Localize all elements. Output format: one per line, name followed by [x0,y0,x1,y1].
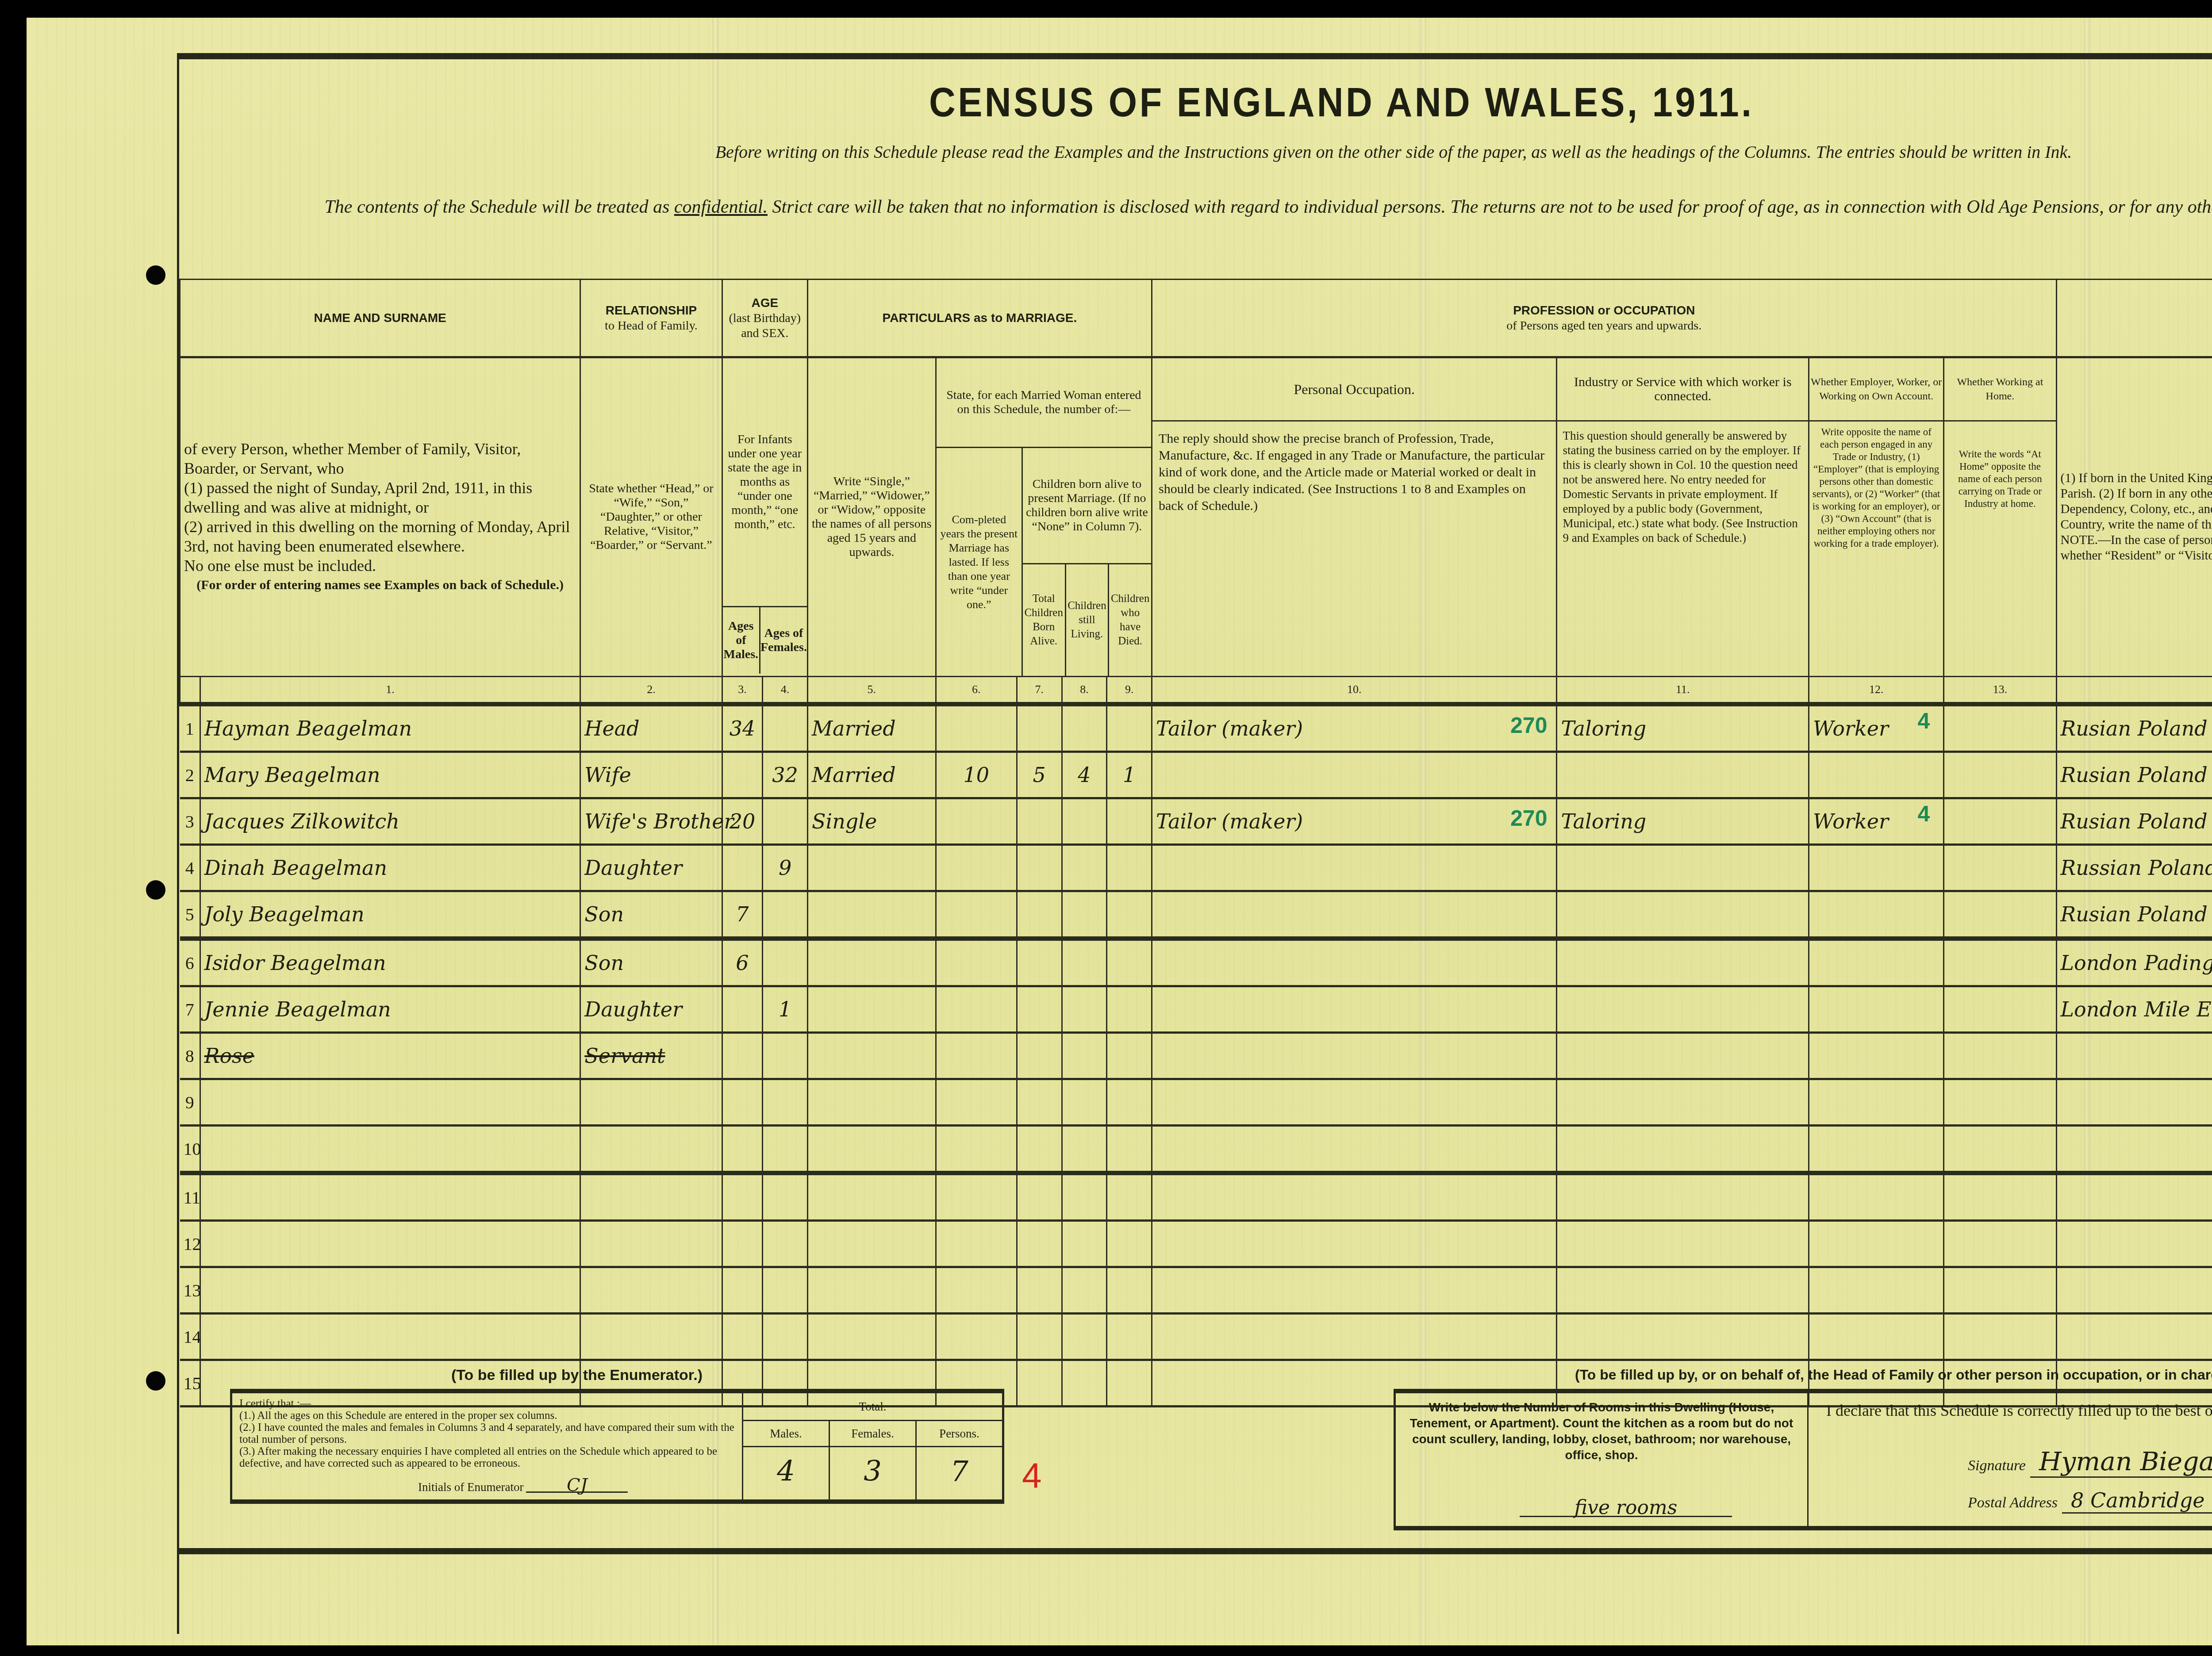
header-age: AGE(last Birthday) and SEX. [722,280,807,357]
children-born-cell[interactable] [1017,1126,1062,1173]
at-home-cell[interactable] [1944,1126,2056,1173]
marital-condition-cell[interactable]: Married [807,704,936,752]
name-cell[interactable]: Dinah Beagelman [200,845,580,891]
children-died-cell[interactable] [1107,891,1152,939]
employment-status-cell[interactable] [1809,1126,1944,1173]
birthplace-cell[interactable] [2056,1033,2212,1079]
marital-condition-cell[interactable] [807,1173,936,1221]
name-cell[interactable]: Joly Beagelman [200,891,580,939]
enumerator-certification: I certify that :— (1.) All the ages on t… [232,1393,743,1499]
at-home-cell[interactable] [1944,1221,2056,1267]
row-number-text: 10 [184,1139,201,1159]
industry-cell[interactable] [1557,1126,1809,1173]
age-female-cell[interactable]: 9 [763,845,808,891]
marital-condition-cell[interactable] [807,1033,936,1079]
children-born-cell[interactable] [1017,1079,1062,1126]
employment-status-cell[interactable] [1809,1033,1944,1079]
birthplace-cell[interactable]: Rusian Poland (Resident)801 [2056,798,2212,845]
desc-industry-title: Industry or Service with which worker is… [1557,358,1808,422]
row-number: 5 [180,891,200,939]
row-number: 7 [180,986,200,1033]
name-cell[interactable]: Jennie Beagelman [200,986,580,1033]
relationship-cell[interactable]: Wife [580,752,722,798]
occupation-cell[interactable] [1152,1126,1557,1173]
children-died-cell[interactable] [1107,1173,1152,1221]
desc-age-females: Ages of Females. [760,607,807,674]
colnum-8: 8. [1062,677,1107,705]
initials-value[interactable]: CJ [526,1480,628,1493]
table-row: 5Joly BeagelmanSon7Rusian Poland (Reside… [180,891,2212,939]
age-male-cell[interactable] [722,845,763,891]
industry-cell[interactable] [1557,752,1809,798]
row-number: 3 [180,798,200,845]
occupation-cell[interactable] [1152,1033,1557,1079]
enumerator-box: I certify that :— (1.) All the ages on t… [230,1389,1004,1504]
at-home-cell[interactable] [1944,891,2056,939]
children-died-cell[interactable] [1107,986,1152,1033]
children-living-cell[interactable] [1062,704,1107,752]
table-row: 2Mary BeagelmanWife32Married10541Rusian … [180,752,2212,798]
header-age-title: AGE [751,296,778,310]
row-number-text: 11 [184,1188,201,1207]
totals-males: Males.4 [743,1421,830,1499]
age-male-cell[interactable] [722,1033,763,1079]
age-female-cell[interactable] [763,1221,808,1267]
employment-status-cell[interactable] [1809,1079,1944,1126]
children-living-cell[interactable] [1062,1360,1107,1407]
certify-item-1: (1.) All the ages on this Schedule are e… [239,1410,735,1422]
occupation-cell[interactable]: Tailor (maker)270 [1152,704,1557,752]
employment-status-cell[interactable] [1809,891,1944,939]
employment-status-cell[interactable]: Worker4 [1809,798,1944,845]
age-female-cell[interactable] [763,704,808,752]
persons-value[interactable]: 7 [917,1447,1002,1499]
occupation-cell[interactable] [1152,939,1557,986]
name-cell[interactable]: Jacques Zilkowitch [200,798,580,845]
punch-hole [146,1371,165,1391]
children-born-cell[interactable] [1017,1033,1062,1079]
relationship-cell[interactable]: Daughter [580,845,722,891]
birthplace-cell[interactable]: London Padington019 [2056,939,2212,986]
desc-name-1: of every Person, whether Member of Famil… [184,439,576,478]
children-born-cell[interactable] [1017,1173,1062,1221]
birthplace-cell-text: Rusian Poland (Resident) [2061,902,2212,926]
age-male-cell[interactable]: 7 [722,891,763,939]
census-rows: 1Hayman BeagelmanHead34MarriedTailor (ma… [180,704,2212,1407]
age-male-cell-text: 20 [730,809,756,833]
confidentiality-notice: The contents of the Schedule will be tre… [204,195,2212,219]
males-value[interactable]: 4 [743,1447,829,1499]
birthplace-cell-text: London Mile End [2061,997,2212,1021]
rooms-value[interactable]: five rooms [1520,1500,1732,1517]
row-number: 8 [180,1033,200,1079]
row-number-text: 5 [185,905,194,924]
children-living-cell[interactable] [1062,798,1107,845]
table-row: 10 [180,1126,2212,1173]
occupation-cell[interactable] [1152,1267,1557,1314]
children-died-cell[interactable] [1107,1079,1152,1126]
occupation-cell[interactable]: Tailor (maker)270 [1152,798,1557,845]
totals-females: Females.3 [830,1421,917,1499]
children-died-cell[interactable] [1107,1360,1152,1407]
age-female-cell[interactable] [763,1314,808,1360]
name-cell[interactable]: Isidor Beagelman [200,939,580,986]
at-home-cell[interactable] [1944,1173,2056,1221]
initials-label: Initials of Enumerator [418,1480,523,1494]
name-cell[interactable] [200,1314,580,1360]
enumerator-initials: Initials of EnumeratorCJ [418,1480,628,1493]
header-marriage: PARTICULARS as to MARRIAGE. [807,280,1152,357]
children-died-cell[interactable] [1107,1221,1152,1267]
children-living-cell[interactable] [1062,1033,1107,1079]
children-born-cell[interactable] [1017,1314,1062,1360]
years-married-cell[interactable] [936,1221,1017,1267]
relationship-cell[interactable] [580,1173,722,1221]
certify-label: I certify that :— [239,1398,735,1410]
desc-home-title: Whether Working at Home. [1944,358,2055,422]
header-relationship-sub: to Head of Family. [605,319,698,333]
marital-condition-cell[interactable] [807,1079,936,1126]
occupation-cell[interactable] [1152,891,1557,939]
desc-birthplace: (1) If born in the United Kingdom, write… [2056,357,2212,677]
birthplace-cell[interactable]: Russian Poland (Resident)801 [2056,845,2212,891]
birthplace-cell[interactable]: Rusian Poland (Resident)801 [2056,704,2212,752]
children-born-cell[interactable] [1017,1360,1062,1407]
red-annotation: 4 [1022,1455,1042,1496]
address-value[interactable]: 8 Cambridge Gdns Nth Kensington [2062,1488,2212,1514]
years-married-cell[interactable] [936,1314,1017,1360]
marital-condition-cell[interactable] [807,986,936,1033]
birthplace-cell[interactable] [2056,1221,2212,1267]
children-died-cell[interactable] [1107,1314,1152,1360]
at-home-cell[interactable] [1944,1079,2056,1126]
industry-cell-text: Taloring [1561,809,1646,833]
relationship-cell[interactable]: Head [580,704,722,752]
desc-industry-body: This question should generally be answer… [1557,422,1808,552]
children-born-cell[interactable] [1017,939,1062,986]
marital-condition-cell[interactable] [807,1314,936,1360]
name-cell[interactable] [200,1173,580,1221]
name-cell-text: Mary Beagelman [204,763,380,787]
birthplace-cell[interactable]: London Mile End025 [2056,986,2212,1033]
children-living-cell[interactable] [1062,845,1107,891]
occupation-cell[interactable] [1152,986,1557,1033]
children-born-cell[interactable]: 5 [1017,752,1062,798]
children-died-cell[interactable] [1107,1267,1152,1314]
children-living-cell[interactable] [1062,891,1107,939]
desc-home: Whether Working at Home. Write the words… [1944,357,2056,677]
name-cell-text: Jacques Zilkowitch [204,809,399,833]
totals-heading: Total. [743,1393,1002,1421]
females-value[interactable]: 3 [830,1447,915,1499]
birthplace-cell[interactable] [2056,1267,2212,1314]
children-born-cell[interactable] [1017,1221,1062,1267]
column-numbers: 1. 2. 3. 4. 5. 6. 7. 8. 9. 10. 11. 12. 1… [180,677,2212,705]
row-number-text: 4 [185,858,194,878]
header-name-title: NAME AND SURNAME [314,311,446,325]
name-cell[interactable] [200,1267,580,1314]
industry-cell[interactable]: Taloring [1557,704,1809,752]
row-number-text: 1 [185,719,194,739]
at-home-cell[interactable] [1944,845,2056,891]
years-married-cell[interactable]: 10 [936,752,1017,798]
occupation-cell[interactable] [1152,752,1557,798]
children-born-cell-text: 5 [1033,763,1046,787]
children-living-cell[interactable] [1062,1079,1107,1126]
age-female-cell[interactable]: 32 [763,752,808,798]
industry-cell-text: Taloring [1561,717,1646,740]
birthplace-cell-text: Rusian Poland (Resident) [2061,809,2212,833]
industry-cell[interactable] [1557,1173,1809,1221]
declaration-box: I declare that this Schedule is correctl… [1809,1393,2212,1526]
row-number: 1 [180,704,200,752]
relationship-cell[interactable] [580,1267,722,1314]
section-headers: NAME AND SURNAME RELATIONSHIPto Head of … [180,280,2212,357]
age-male-cell[interactable] [722,752,763,798]
address-label: Postal Address [1968,1495,2058,1511]
industry-cell[interactable] [1557,1314,1809,1360]
years-married-cell[interactable] [936,1033,1017,1079]
years-married-cell[interactable] [936,891,1017,939]
age-female-cell[interactable] [763,891,808,939]
row-number-text: 9 [185,1092,194,1112]
children-born-cell[interactable] [1017,798,1062,845]
employment-status-cell-text: Worker [1813,717,1889,740]
colnum-10: 10. [1152,677,1557,705]
age-female-cell[interactable] [763,1126,808,1173]
age-female-cell[interactable] [763,1079,808,1126]
children-born-cell[interactable] [1017,704,1062,752]
children-died-cell[interactable] [1107,1033,1152,1079]
employment-status-cell[interactable] [1809,939,1944,986]
at-home-cell[interactable] [1944,986,2056,1033]
industry-cell[interactable] [1557,1033,1809,1079]
birthplace-cell[interactable]: Rusian Poland (Resider)801 [2056,752,2212,798]
occupation-cell[interactable] [1152,1079,1557,1126]
relationship-cell[interactable]: Son [580,891,722,939]
years-married-cell[interactable] [936,1079,1017,1126]
children-born-cell[interactable] [1017,986,1062,1033]
relationship-cell-text: Servant [584,1044,665,1068]
relationship-cell[interactable]: Wife's Brother [580,798,722,845]
relationship-cell[interactable]: Daughter [580,986,722,1033]
at-home-cell[interactable] [1944,798,2056,845]
name-cell[interactable] [200,1126,580,1173]
desc-name-3: (2) arrived in this dwelling on the morn… [184,517,576,556]
desc-marriage-details: State, for each Married Woman entered on… [936,357,1152,677]
occupation-cell[interactable] [1152,845,1557,891]
relationship-cell[interactable] [580,1079,722,1126]
children-born-cell[interactable] [1017,845,1062,891]
relationship-cell[interactable]: Son [580,939,722,986]
age-male-cell[interactable]: 34 [722,704,763,752]
years-married-cell[interactable] [936,845,1017,891]
relationship-cell[interactable] [580,1314,722,1360]
colnum-11: 11. [1557,677,1809,705]
marital-condition-cell[interactable] [807,1126,936,1173]
marital-condition-cell[interactable] [807,939,936,986]
name-cell[interactable] [200,1079,580,1126]
desc-personal-body: The reply should show the precise branch… [1152,422,1556,523]
row-number-text: 12 [184,1234,201,1254]
age-female-cell[interactable] [763,798,808,845]
desc-personal-occupation: Personal Occupation. The reply should sh… [1152,357,1557,677]
header-occupation-sub: of Persons aged ten years and upwards. [1506,319,1701,333]
children-living-cell[interactable] [1062,1126,1107,1173]
age-male-cell[interactable] [722,1314,763,1360]
relationship-cell[interactable]: Servant [580,1033,722,1079]
table-row: 3Jacques ZilkowitchWife's Brother20Singl… [180,798,2212,845]
children-died-cell[interactable] [1107,939,1152,986]
age-male-cell[interactable] [722,1126,763,1173]
industry-cell[interactable] [1557,891,1809,939]
years-married-cell[interactable] [936,798,1017,845]
name-cell-text: Joly Beagelman [204,902,365,926]
children-died-cell[interactable] [1107,704,1152,752]
name-cell[interactable]: Mary Beagelman [200,752,580,798]
employment-status-cell[interactable] [1809,752,1944,798]
at-home-cell[interactable] [1944,1314,2056,1360]
children-living-cell[interactable] [1062,1173,1107,1221]
occupation-cell[interactable] [1152,1314,1557,1360]
birthplace-cell[interactable] [2056,1173,2212,1221]
table-row: 6Isidor BeagelmanSon6London Padington019 [180,939,2212,986]
years-married-cell[interactable] [936,1126,1017,1173]
marital-condition-cell-text: Married [812,717,896,740]
marital-condition-cell[interactable] [807,845,936,891]
children-born-cell[interactable] [1017,1267,1062,1314]
name-cell[interactable] [200,1221,580,1267]
marital-condition-cell[interactable]: Single [807,798,936,845]
head-section-box: Write below the Number of Rooms in this … [1394,1389,2212,1530]
age-female-cell[interactable] [763,1033,808,1079]
employment-status-cell[interactable] [1809,1267,1944,1314]
children-died-cell[interactable] [1107,798,1152,845]
years-married-cell[interactable] [936,939,1017,986]
industry-cell[interactable] [1557,845,1809,891]
industry-cell[interactable] [1557,1267,1809,1314]
census-table: NAME AND SURNAME RELATIONSHIPto Head of … [179,279,2212,1407]
industry-cell[interactable] [1557,939,1809,986]
age-male-cell[interactable]: 6 [722,939,763,986]
confidential-rest: Strict care will be taken that no inform… [768,197,2212,217]
desc-age-infants: For Infants under one year state the age… [723,358,807,607]
certify-item-3: (3.) After making the necessary enquirie… [239,1445,735,1469]
industry-cell[interactable] [1557,986,1809,1033]
years-married-cell[interactable] [936,1267,1017,1314]
employment-status-cell[interactable] [1809,986,1944,1033]
years-married-cell[interactable] [936,1173,1017,1221]
birthplace-cell[interactable] [2056,1126,2212,1173]
employment-status-cell[interactable] [1809,1221,1944,1267]
industry-cell[interactable] [1557,1221,1809,1267]
at-home-cell[interactable] [1944,752,2056,798]
row-number-text: 14 [184,1327,201,1347]
employment-status-cell[interactable] [1809,845,1944,891]
form-title: CENSUS OF ENGLAND AND WALES, 1911. [929,80,1754,126]
age-male-cell[interactable]: 20 [722,798,763,845]
age-male-cell[interactable] [722,1079,763,1126]
birthplace-cell[interactable] [2056,1079,2212,1126]
colnum-13: 13. [1944,677,2056,705]
table-row: 12 [180,1221,2212,1267]
years-married-cell[interactable] [936,704,1017,752]
at-home-cell[interactable] [1944,1033,2056,1079]
marital-condition-cell[interactable] [807,891,936,939]
header-age-sub: (last Birthday) and SEX. [729,311,801,340]
name-cell-text: Isidor Beagelman [204,951,386,975]
desc-name-2: (1) passed the night of Sunday, April 2n… [184,478,576,517]
years-married-cell[interactable] [936,986,1017,1033]
relationship-cell[interactable] [580,1221,722,1267]
children-born-cell[interactable] [1017,891,1062,939]
marital-condition-cell[interactable] [807,1267,936,1314]
name-cell[interactable]: Rose [200,1033,580,1079]
age-female-cell[interactable] [763,1267,808,1314]
age-female-cell[interactable]: 1 [763,986,808,1033]
industry-cell[interactable]: Taloring [1557,798,1809,845]
employment-status-cell[interactable] [1809,1173,1944,1221]
age-male-cell[interactable] [722,1173,763,1221]
table-row: 7Jennie BeagelmanDaughter1London Mile En… [180,986,2212,1033]
at-home-cell[interactable] [1944,939,2056,986]
row-number: 4 [180,845,200,891]
children-living-cell[interactable] [1062,1314,1107,1360]
age-male-cell[interactable] [722,1221,763,1267]
children-living-cell[interactable] [1062,1267,1107,1314]
name-cell-text: Jennie Beagelman [204,997,391,1021]
children-living-cell[interactable]: 4 [1062,752,1107,798]
children-living-cell[interactable] [1062,939,1107,986]
marital-condition-cell[interactable]: Married [807,752,936,798]
employment-status-cell[interactable]: Worker4 [1809,704,1944,752]
occupation-cell[interactable] [1152,1221,1557,1267]
age-female-cell[interactable] [763,939,808,986]
marital-condition-cell[interactable] [807,1221,936,1267]
age-female-cell-text: 9 [779,856,791,880]
punch-hole [146,880,165,900]
children-living-cell[interactable] [1062,1221,1107,1267]
employment-status-cell[interactable] [1809,1314,1944,1360]
children-living-cell[interactable] [1062,986,1107,1033]
confidential-word: confidential. [674,197,768,217]
at-home-cell[interactable] [1944,1267,2056,1314]
occupation-cell[interactable] [1152,1173,1557,1221]
children-died-cell[interactable] [1107,1126,1152,1173]
relationship-cell[interactable] [580,1126,722,1173]
signature-value[interactable]: Hyman Biegalman. [2030,1446,2212,1478]
at-home-cell[interactable] [1944,704,2056,752]
age-female-cell[interactable] [763,1173,808,1221]
age-male-cell[interactable] [722,986,763,1033]
signature-field: SignatureHyman Biegalman. [1968,1446,2212,1478]
name-cell[interactable]: Hayman Beagelman [200,704,580,752]
industry-cell[interactable] [1557,1079,1809,1126]
children-died-cell[interactable] [1107,845,1152,891]
birthplace-cell-text: Russian Poland (Resident) [2061,856,2212,880]
signature-label: Signature [1968,1457,2026,1474]
age-male-cell[interactable] [722,1267,763,1314]
table-row: 8RoseServant [180,1033,2212,1079]
birthplace-cell[interactable]: Rusian Poland (Resident)801 [2056,891,2212,939]
employment-code: 4 [1917,708,1930,734]
birthplace-cell[interactable] [2056,1314,2212,1360]
children-died-cell[interactable]: 1 [1107,752,1152,798]
relationship-cell-text: Son [584,951,624,975]
age-female-cell-text: 1 [779,997,791,1021]
table-row: 1Hayman BeagelmanHead34MarriedTailor (ma… [180,704,2212,752]
children-died-cell-text: 1 [1123,763,1136,787]
